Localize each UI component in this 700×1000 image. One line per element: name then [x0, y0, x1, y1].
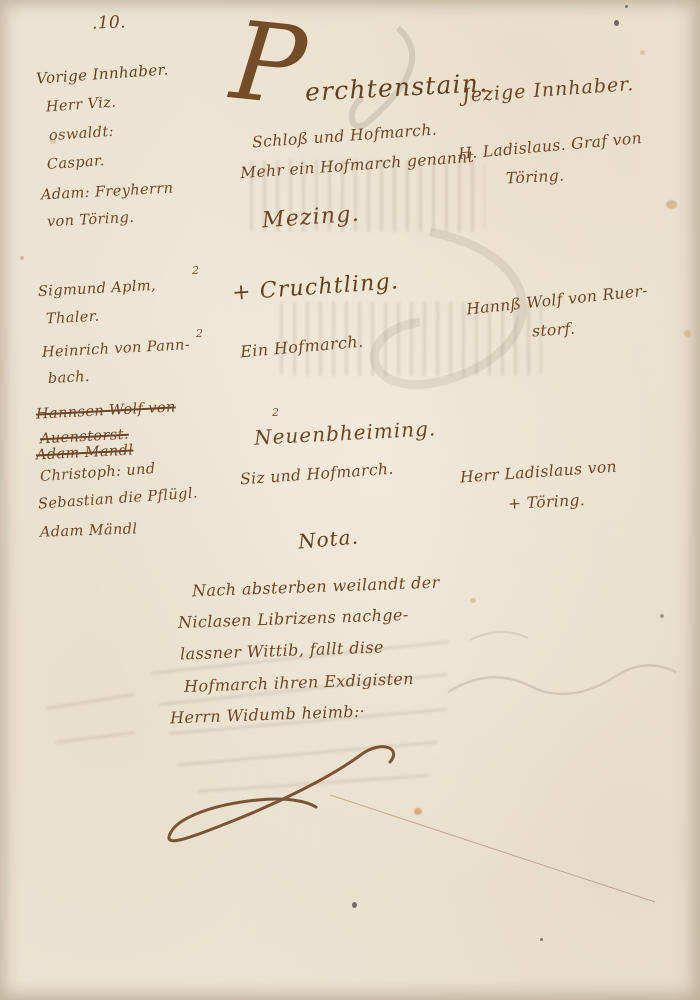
nota-heading: Nota.: [297, 525, 360, 552]
nota-line: Herrn Widumb heimb:·: [170, 703, 366, 727]
foxing-spot: [614, 20, 619, 26]
margin-header: Vorige Innhaber.: [36, 61, 170, 87]
margin-line: Herr Viz.: [46, 96, 117, 117]
margin-line-struck: Adam Mandl: [36, 443, 134, 464]
foxing-spot: [684, 330, 691, 337]
foxing-spot: [540, 938, 543, 941]
foxing-spot: [660, 614, 664, 618]
margin-line: oswaldt:: [49, 125, 115, 145]
bleed-through-text-line: [45, 693, 134, 710]
foxing-spot: [20, 256, 24, 260]
neuenbheiming-owner-line-1: Herr Ladislaus von: [460, 459, 618, 487]
nota-line: Niclasen Librizens nachge-: [178, 606, 409, 632]
margin-line: Thaler.: [46, 310, 100, 329]
foxing-spot: [414, 808, 422, 815]
bleed-through-text-line: [178, 741, 437, 767]
neuenbheiming-owner-line-2: + Töring.: [508, 492, 586, 513]
nota-line: Nach absterben weilandt der: [192, 574, 440, 600]
perchtenstain-owner-line-2: Töring.: [506, 167, 565, 187]
insertion-mark: 2: [272, 406, 279, 419]
margin-line: Christoph: und: [40, 462, 157, 486]
nota-line: lassner Wittib, fallt dise: [180, 638, 384, 663]
perchtenstain-owner-line-1: H. Ladislaus. Graf von: [458, 130, 643, 163]
margin-line: Caspar.: [47, 154, 106, 174]
margin-line: bach.: [48, 370, 91, 388]
manuscript-page: .10. Vorige Innhaber. Herr Viz. oswaldt:…: [0, 0, 700, 1000]
foxing-spot: [640, 50, 645, 55]
bleed-through-text-line: [198, 774, 428, 793]
foxing-spot: [666, 200, 677, 209]
insertion-mark: 2: [192, 264, 199, 277]
page-number: .10.: [92, 13, 127, 33]
margin-line: Sebastian die Pflügl.: [38, 486, 199, 513]
heading-initial: P: [228, 18, 309, 112]
cruchtling-owner-line-2: storf.: [531, 321, 576, 341]
foxing-spot: [625, 5, 628, 8]
margin-line: Adam: Freyherrn: [41, 182, 174, 205]
neuenbheiming-desc: Siz und Hofmarch.: [240, 461, 395, 489]
margin-line: von Töring.: [47, 211, 135, 231]
margin-line: Adam Mändl: [40, 522, 138, 541]
foxing-spot: [470, 598, 476, 603]
bleed-through-text-line: [55, 731, 135, 744]
heading-cruchtling: + Cruchtling.: [231, 270, 399, 306]
margin-line-struck: Hannsen Wolf von: [36, 400, 177, 423]
nota-line: Hofmarch ihren Exdigisten: [184, 670, 414, 696]
margin-line: Sigmund Aplm,: [38, 279, 157, 301]
cruchtling-owner-line-1: Hannß Wolf von Ruer-: [466, 283, 649, 319]
margin-line: Heinrich von Pann-: [42, 338, 191, 362]
foxing-spot: [352, 902, 357, 908]
heading-neuenbheiming: Neuenbheiming.: [254, 417, 437, 449]
insertion-mark: 2: [196, 327, 203, 340]
